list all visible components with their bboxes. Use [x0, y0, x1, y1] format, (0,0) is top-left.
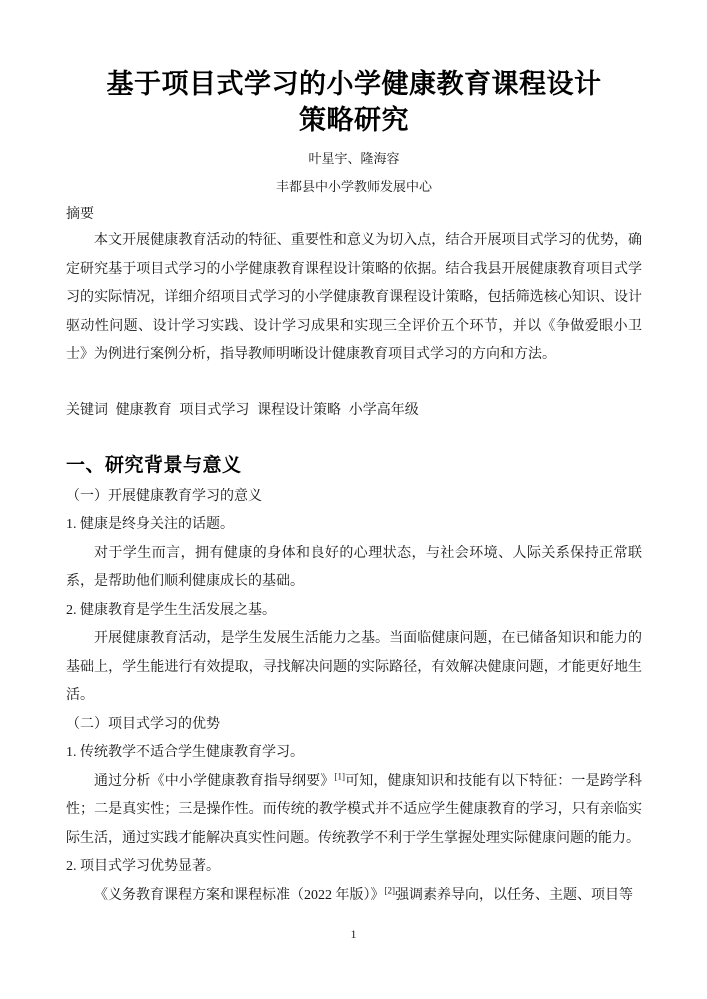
document-page: 基于项目式学习的小学健康教育课程设计 策略研究 叶星宇、隆海容 丰都县中小学教师… — [0, 0, 707, 999]
doc-title-line-1: 基于项目式学习的小学健康教育课程设计 — [66, 66, 642, 102]
abstract-paragraph: 本文开展健康教育活动的特征、重要性和意义为切入点，结合开展项目式学习的优势，确定… — [66, 227, 642, 370]
page-number: 1 — [0, 927, 707, 941]
authors-line: 叶星宇、隆海容 — [66, 147, 642, 171]
keyword-item-4: 小学高年级 — [349, 403, 419, 418]
numbered-point-1-2-1: 1. 传统教学不适合学生健康教育学习。 — [66, 739, 642, 768]
section-1-heading: 一、研究背景与意义 — [66, 451, 642, 481]
subsection-1-1-heading: （一）开展健康教育学习的意义 — [66, 483, 642, 512]
numbered-point-1-2-2: 2. 项目式学习优势显著。 — [66, 853, 642, 882]
keywords-line: 关键词健康教育项目式学习课程设计策略小学高年级 — [66, 396, 642, 425]
affiliation-line: 丰都县中小学教师发展中心 — [66, 175, 642, 199]
numbered-point-1-1-1: 1. 健康是终身关注的话题。 — [66, 511, 642, 540]
paragraph-point-1-2-1: 通过分析《中小学健康教育指导纲要》[1]可知，健康知识和技能有以下特征：一是跨学… — [66, 768, 642, 854]
paragraph-point-1-1-2: 开展健康教育活动，是学生发展生活能力之基。当面临健康问题，在已储备知识和能力的基… — [66, 625, 642, 711]
keywords-label: 关键词 — [66, 403, 108, 418]
abstract-label: 摘要 — [66, 203, 642, 227]
keyword-item-1: 健康教育 — [116, 403, 172, 418]
footnote-ref-2: [2] — [385, 885, 396, 895]
doc-title-line-2: 策略研究 — [66, 102, 642, 138]
paragraph-text-after-ref-2: 强调素养导向，以任务、主题、项目等 — [395, 888, 633, 903]
paragraph-point-1-1-1: 对于学生而言，拥有健康的身体和良好的心理状态，与社会环境、人际关系保持正常联系，… — [66, 540, 642, 597]
paragraph-text-before-ref-2: 《义务教育课程方案和课程标准（2022 年版）》 — [94, 888, 385, 903]
doc-title: 基于项目式学习的小学健康教育课程设计 策略研究 — [66, 66, 642, 138]
keyword-item-3: 课程设计策略 — [257, 403, 341, 418]
paragraph-point-1-2-2: 《义务教育课程方案和课程标准（2022 年版）》[2]强调素养导向，以任务、主题… — [66, 882, 642, 911]
footnote-ref-1: [1] — [334, 771, 345, 781]
paragraph-text-before-ref-1: 通过分析《中小学健康教育指导纲要》 — [94, 774, 334, 789]
keyword-item-2: 项目式学习 — [179, 403, 249, 418]
numbered-point-1-1-2: 2. 健康教育是学生生活发展之基。 — [66, 597, 642, 626]
subsection-1-2-heading: （二）项目式学习的优势 — [66, 711, 642, 740]
